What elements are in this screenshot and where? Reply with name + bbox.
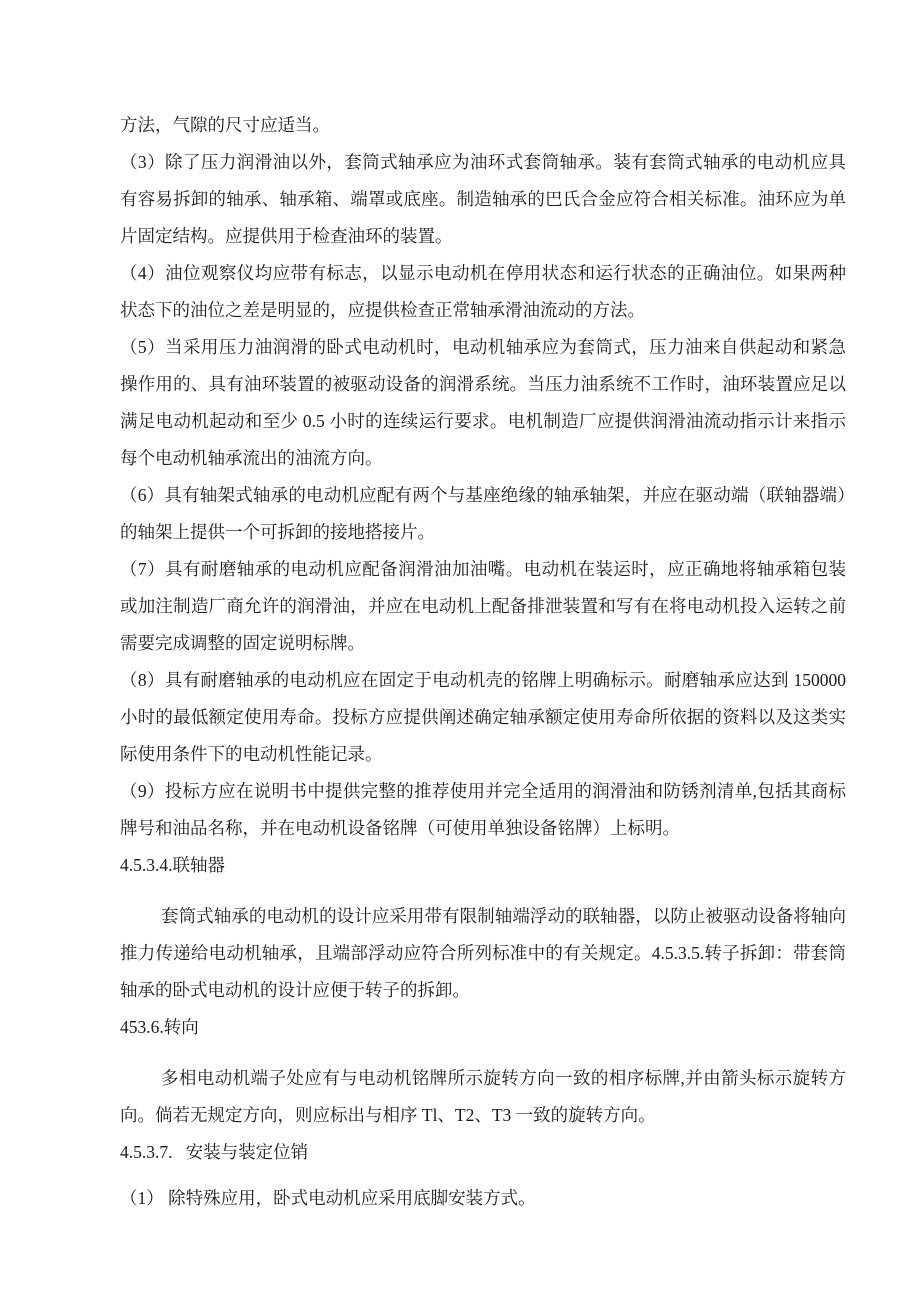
paragraph-air-gap-continuation: 方法，气隙的尺寸应适当。 <box>120 107 846 144</box>
heading-4-5-3-7-mounting-and-dowels: 4.5.3.7. 安装与装定位销 <box>120 1134 846 1171</box>
paragraph-item-5-pressure-oil-lubrication: （5）当采用压力油润滑的卧式电动机时，电动机轴承应为套筒式，压力油来自供起动和紧… <box>120 329 846 477</box>
document-page: 方法，气隙的尺寸应适当。 （3）除了压力润滑油以外，套筒式轴承应为油环式套筒轴承… <box>0 0 920 1301</box>
paragraph-item-4-oil-level-gauge: （4）油位观察仪均应带有标志，以显示电动机在停用状态和运行状态的正确油位。如果两… <box>120 255 846 329</box>
paragraph-coupling-body: 套筒式轴承的电动机的设计应采用带有限制轴端浮动的联轴器，以防止被驱动设备将轴向推… <box>120 898 846 1009</box>
heading-453-6-rotation: 453.6.转向 <box>120 1009 846 1046</box>
paragraph-item-8-bearing-life: （8）具有耐磨轴承的电动机应在固定于电动机壳的铭牌上明确标示。耐磨轴承应达到 1… <box>120 662 846 773</box>
paragraph-item-9-lubricant-list: （9）投标方应在说明书中提供完整的推荐使用并完全适用的润滑油和防锈剂清单,包括其… <box>120 773 846 847</box>
paragraph-item-6-bearing-pedestals: （6）具有轴架式轴承的电动机应配有两个与基座绝缘的轴承轴架，并应在驱动端（联轴器… <box>120 477 846 551</box>
paragraph-rotation-body: 多相电动机端子处应有与电动机铭牌所示旋转方向一致的相序标牌,并由箭头标示旋转方向… <box>120 1060 846 1134</box>
paragraph-item-3-sleeve-bearings: （3）除了压力润滑油以外，套筒式轴承应为油环式套筒轴承。装有套筒式轴承的电动机应… <box>120 144 846 255</box>
paragraph-mounting-item-1: （1） 除特殊应用，卧式电动机应采用底脚安装方式。 <box>120 1180 846 1217</box>
heading-4-5-3-4-coupling: 4.5.3.4.联轴器 <box>120 847 846 884</box>
paragraph-item-7-grease-fittings: （7）具有耐磨轴承的电动机应配备润滑油加油嘴。电动机在装运时，应正确地将轴承箱包… <box>120 551 846 662</box>
